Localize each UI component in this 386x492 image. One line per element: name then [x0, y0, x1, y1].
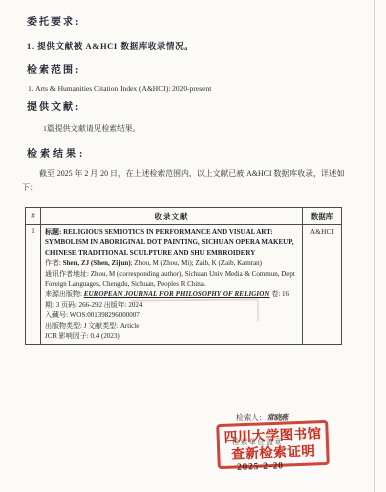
record-index: 1 — [26, 225, 41, 345]
provided-documents-heading: 提供文献: — [27, 98, 80, 113]
provided-documents-note: 1篇提供文献请见检索结果。 — [43, 123, 140, 134]
table-header-row: # 收录文献 数据库 — [26, 208, 342, 225]
faint-stamp-artifact — [131, 298, 259, 322]
commission-requirement-item: 1. 提供文献被 A&HCI 数据库收录情况。 — [27, 40, 193, 52]
search-results-heading: 检索结果: — [27, 145, 85, 160]
column-header-record: 收录文献 — [41, 208, 303, 225]
searcher-label: 检索人： — [236, 413, 266, 422]
results-table: # 收录文献 数据库 1 标题: RELIGIOUS SEMIOTICS IN … — [25, 207, 342, 345]
source-label: 来源出版物: — [45, 290, 84, 298]
authors-rest: ; Zhou, M (Zhou, Mi); Zaib, K (Zaib, Kam… — [131, 259, 262, 267]
search-scope-item: 1. Arts & Humanities Citation Index (A&H… — [28, 84, 211, 93]
search-scope-heading: 检索范围: — [27, 61, 80, 76]
search-results-statement: 截至 2025 年 2 月 20 日，在上述检索范围内，以上文献已被 A&HCI… — [22, 167, 346, 195]
record-corresponding-address: 通讯作者地址: Zhou, M (corresponding author), … — [45, 269, 298, 290]
authors-label: 作者: — [45, 259, 63, 267]
scan-edge-line — [374, 0, 375, 492]
searcher-signature: 常晓燕 — [266, 413, 287, 422]
record-database: A&HCI — [303, 225, 342, 345]
record-jcr-impact-factor: JCR 影响因子: 0.4 (2023) — [45, 331, 298, 341]
source-journal-name: EUROPEAN JOURNAL FOR PHILOSOPHY OF RELIG… — [84, 290, 270, 298]
searcher-line: 检索人：常晓燕 — [236, 412, 288, 423]
authors-first: Shen, ZJ (Shen, Zijun) — [63, 259, 131, 267]
record-authors: 作者: Shen, ZJ (Shen, Zijun); Zhou, M (Zho… — [45, 258, 298, 268]
scanned-certificate-page: 委托要求: 1. 提供文献被 A&HCI 数据库收录情况。 检索范围: 1. A… — [0, 0, 386, 492]
column-header-index: # — [26, 208, 41, 225]
column-header-database: 数据库 — [303, 208, 342, 225]
stamp-line-certificate: 查新检索证明 — [231, 443, 316, 463]
commission-requirements-heading: 委托要求: — [27, 13, 80, 28]
table-row: 1 标题: RELIGIOUS SEMIOTICS IN PERFORMANCE… — [26, 225, 342, 345]
record-title: 标题: RELIGIOUS SEMIOTICS IN PERFORMANCE A… — [45, 227, 298, 258]
record-details: 标题: RELIGIOUS SEMIOTICS IN PERFORMANCE A… — [41, 225, 303, 345]
stamp-date: 2025-2-20 — [237, 461, 284, 473]
